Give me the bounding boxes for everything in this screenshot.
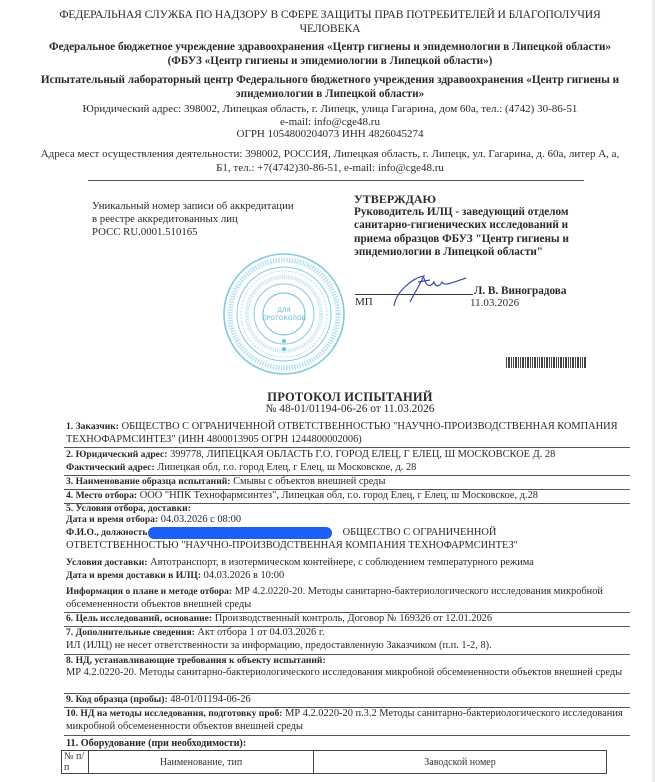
legal-address-field: 2. Юридический адрес: 399778, ЛИПЕЦКАЯ О… [66,449,630,462]
divider [64,447,630,448]
delivery-conditions-field: Условия доставки: Автотранспорт, в изоте… [66,557,630,570]
approval-title: УТВЕРЖДАЮ [354,192,436,207]
header-divider [88,180,584,181]
purpose-field: 6. Цель исследований, основание: Произво… [66,613,630,626]
email: e-mail: info@cge48.ru [40,116,620,129]
divider [64,735,630,736]
document-page: ФЕДЕРАЛЬНАЯ СЛУЖБА ПО НАДЗОРУ В СФЕРЕ ЗА… [0,0,652,782]
col-number: № п/п [62,751,89,774]
customer-field: 1. Заказчик: ОБЩЕСТВО С ОГРАНИЧЕННОЙ ОТВ… [66,421,630,447]
accreditation-line-2: в реестре аккредитованных лиц [92,213,352,226]
signature-icon [390,272,470,308]
nd-requirements-heading: 8. НД, устанавливающие требования к объе… [66,655,630,668]
agency-name: ФЕДЕРАЛЬНАЯ СЛУЖБА ПО НАДЗОРУ В СФЕРЕ ЗА… [40,8,620,36]
sampling-place-field: 4. Место отбора: ООО "НПК Технофармсинте… [66,490,630,503]
protocol-number: № 48-01/01194-06-26 от 11.03.2026 [200,403,500,415]
institution-name: Федеральное бюджетное учреждение здравоо… [30,40,630,68]
equipment-heading: 11. Оборудование (при необходимости): [66,738,630,751]
stamp-icon: ДЛЯ ПРОТОКОЛОВ [222,252,346,376]
svg-text:ДЛЯ: ДЛЯ [277,307,290,314]
accreditation-block: Уникальный номер записи об аккредитации … [92,200,352,239]
sample-name-field: 3. Наименование образца испытаний: Смывы… [66,476,630,489]
approval-position: Руководитель ИЛЦ - заведующий отделом са… [354,206,594,260]
table-header-row: № п/п Наименование, тип Заводской номер [62,751,607,774]
institution-line-2: (ФБУЗ «Центр гигиены и эпидемиологии в Л… [30,54,630,68]
barcode-icon [506,357,608,368]
legal-address-block: Юридический адрес: 398002, Липецкая обла… [40,103,620,141]
approval-date: 11.03.2026 [470,297,519,309]
disclaimer-note: ИЛ (ИЛЦ) не несет ответственности за инф… [66,640,630,653]
lab-center-name: Испытательный лабораторный центр Федерал… [40,73,620,101]
sample-code-field: 9. Код образца (пробы): 48-01/01194-06-2… [66,694,630,707]
sampling-plan-field: Информация о плане и методе отбора: МР 4… [66,586,630,612]
svg-text:ПРОТОКОЛОВ: ПРОТОКОЛОВ [262,315,306,322]
equipment-table: № п/п Наименование, тип Заводской номер [61,750,607,774]
seal-place-label: МП [355,296,373,308]
sampling-datetime-field: Дата и время отбора: 04.03.2026 с 08:00 [66,514,630,527]
nd-methods-field: 10. НД на методы исследования, подготовк… [66,708,630,734]
actual-address-field: Фактический адрес: Липецкая обл, г.о. го… [66,462,630,475]
col-serial-number: Заводской номер [314,751,607,774]
nd-requirements-value: МР 4.2.0220-20. Методы санитарно-бактери… [66,667,630,680]
delivery-datetime-field: Дата и время доставки в ИЛЦ: 04.03.2026 … [66,570,630,583]
col-name-type: Наименование, тип [89,751,314,774]
signer-name: Л. В. Виноградова [474,285,566,297]
accreditation-number: РОСС RU.0001.510165 [92,226,352,239]
institution-line-1: Федеральное бюджетное учреждение здравоо… [30,40,630,54]
activity-address: Адреса мест осуществления деятельности: … [40,147,620,175]
additional-info-field: 7. Дополнительные сведения: Акт отбора 1… [66,627,630,640]
redaction-bar [148,527,332,539]
legal-address: Юридический адрес: 398002, Липецкая обла… [40,103,620,116]
accreditation-line-1: Уникальный номер записи об аккредитации [92,200,352,213]
fio-field-continued: ОТВЕТСТВЕННОСТЬЮ "НАУЧНО-ПРОИЗВОДСТВЕННА… [66,540,630,553]
ogrn-inn: ОГРН 1054800204073 ИНН 4826045274 [40,128,620,141]
